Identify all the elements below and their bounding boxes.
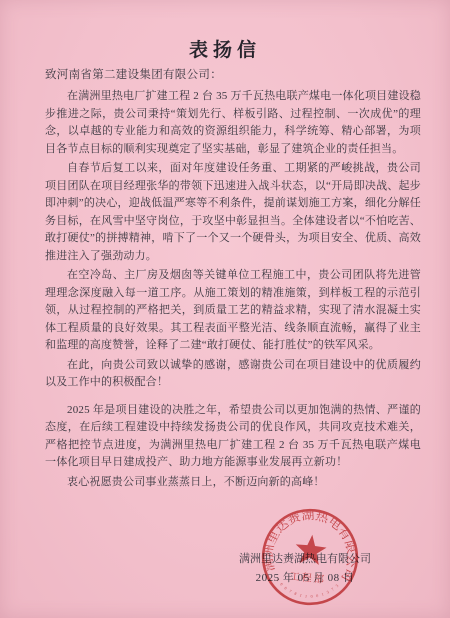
- letter-title: 表扬信: [0, 35, 450, 62]
- letter-paragraph: 自春节后复工以来，面对年度建设任务重、工期紧的严峻挑战，贵公司项目团队在项目经理…: [45, 160, 421, 265]
- commendation-letter-page: 表扬信 致河南省第二建设集团有限公司： 在满洲里热电厂扩建工程 2 台 35 万…: [0, 0, 450, 618]
- letter-paragraph: 在此，向贵公司致以诚挚的感谢，感谢贵公司在项目建设中的优质履约以及工作中的积极配…: [45, 357, 421, 392]
- letter-paragraph: 在满洲里热电厂扩建工程 2 台 35 万千瓦热电联产煤电一体化项目建设稳步推进之…: [45, 88, 421, 158]
- letter-paragraph: 在空冷岛、主厂房及烟囱等关键单位工程施工中，贵公司团队将先进管理理念深度融入每一…: [45, 267, 421, 355]
- letter-salutation: 致河南省第二建设集团有限公司：: [45, 66, 421, 82]
- letter-paragraph: 2025 年是项目建设的决胜之年，希望贵公司以更加饱满的热情、严谨的态度，在后续…: [45, 402, 421, 472]
- seal-star-icon: [294, 533, 328, 565]
- letter-paragraph: 衷心祝愿贵公司事业蒸蒸日上，不断迈向新的高峰！: [45, 474, 421, 492]
- seal-department-text: 工程部: [289, 569, 327, 586]
- letter-body: 在满洲里热电厂扩建工程 2 台 35 万千瓦热电联产煤电一体化项目建设稳步推进之…: [45, 88, 421, 491]
- company-seal-stamp: 满洲里达赉湖热电有限公司 工程部 1007811001373: [247, 494, 372, 618]
